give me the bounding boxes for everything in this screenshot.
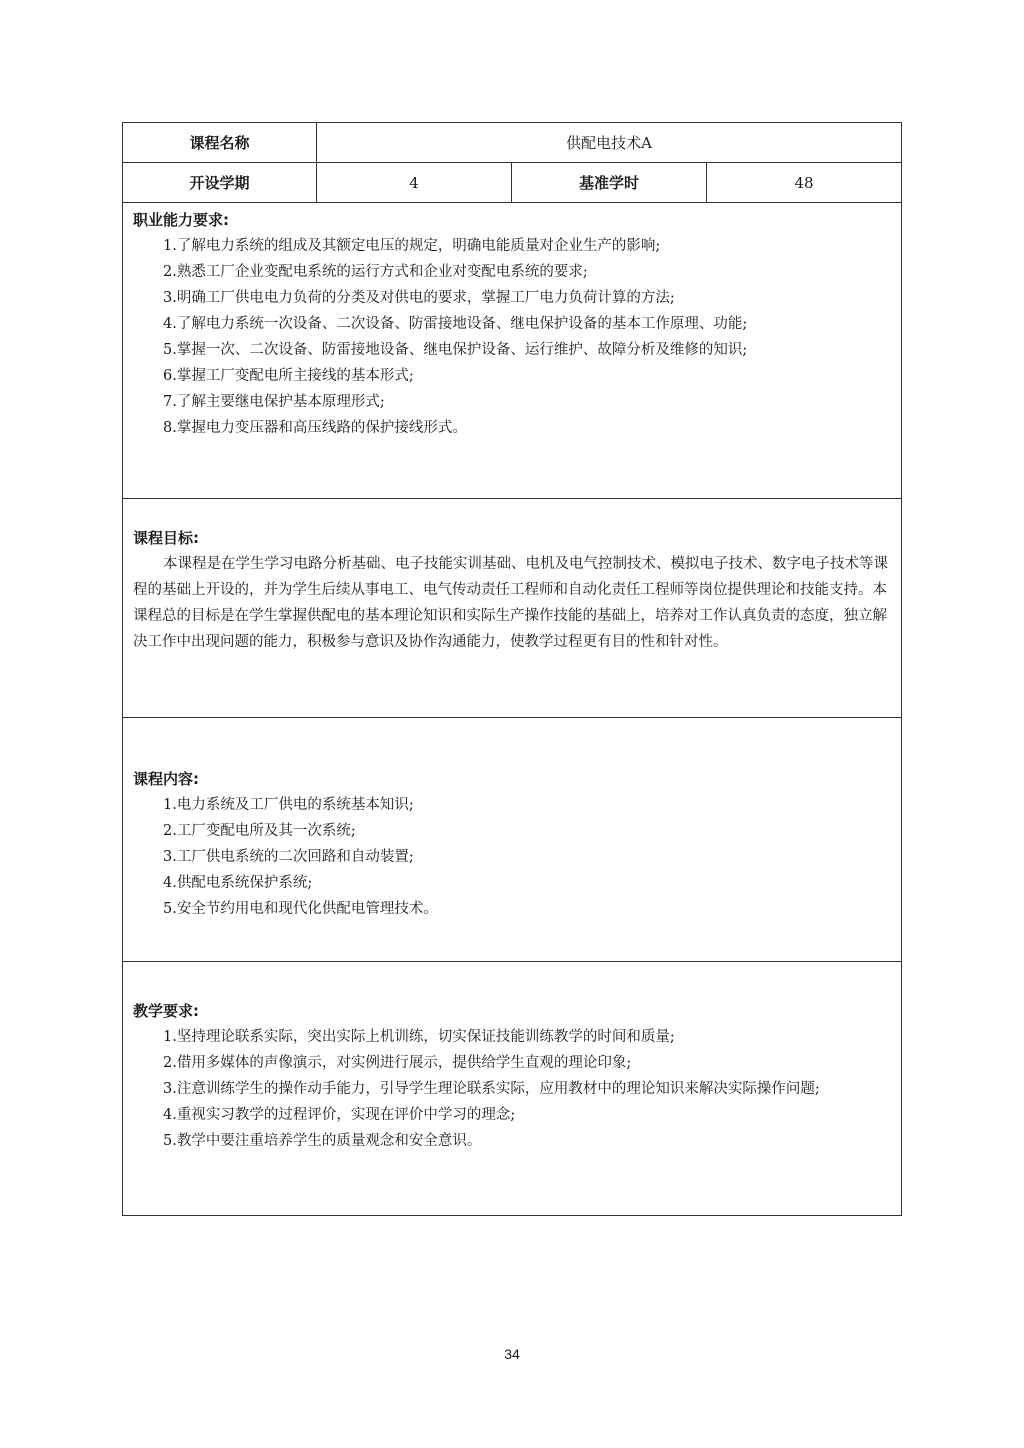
list-item: 4.了解电力系统一次设备、二次设备、防雷接地设备、继电保护设备的基本工作原理、功… xyxy=(133,311,891,337)
list-item: 4.重视实习教学的过程评价，实现在评价中学习的理念; xyxy=(133,1102,891,1128)
competency-section: 职业能力要求: 1.了解电力系统的组成及其额定电压的规定，明确电能质量对企业生产… xyxy=(123,203,901,499)
hours-value: 48 xyxy=(707,163,901,202)
content-section: 课程内容: 1.电力系统及工厂供电的系统基本知识; 2.工厂变配电所及其一次系统… xyxy=(123,718,901,962)
list-item: 4.供配电系统保护系统; xyxy=(133,870,891,896)
list-item: 2.借用多媒体的声像演示，对实例进行展示，提供给学生直观的理论印象; xyxy=(133,1050,891,1076)
course-name-label: 课程名称 xyxy=(123,123,317,162)
list-item: 1.电力系统及工厂供电的系统基本知识; xyxy=(133,792,891,818)
list-item: 1.坚持理论联系实际，突出实际上机训练，切实保证技能训练教学的时间和质量; xyxy=(133,1024,891,1050)
list-item: 3.明确工厂供电电力负荷的分类及对供电的要求，掌握工厂电力负荷计算的方法; xyxy=(133,285,891,311)
course-table: 课程名称 供配电技术A 开设学期 4 基准学时 48 职业能力要求: 1.了解电… xyxy=(122,122,902,1216)
section-title: 课程目标: xyxy=(133,525,891,551)
list-item: 1.了解电力系统的组成及其额定电压的规定，明确电能质量对企业生产的影响; xyxy=(133,233,891,259)
page-number: 34 xyxy=(0,1346,1024,1362)
semester-label: 开设学期 xyxy=(123,163,317,202)
hours-label: 基准学时 xyxy=(512,163,707,202)
semester-row: 开设学期 4 基准学时 48 xyxy=(123,163,901,203)
course-name-row: 课程名称 供配电技术A xyxy=(123,123,901,163)
course-name-value: 供配电技术A xyxy=(317,123,901,162)
list-item: 5.安全节约用电和现代化供配电管理技术。 xyxy=(133,896,891,922)
list-item: 8.掌握电力变压器和高压线路的保护接线形式。 xyxy=(133,415,891,441)
section-title: 教学要求: xyxy=(133,998,891,1024)
list-item: 5.掌握一次、二次设备、防雷接地设备、继电保护设备、运行维护、故障分析及维修的知… xyxy=(133,337,891,363)
semester-value: 4 xyxy=(317,163,512,202)
list-item: 3.注意训练学生的操作动手能力，引导学生理论联系实际，应用教材中的理论知识来解决… xyxy=(133,1076,891,1102)
objectives-paragraph: 本课程是在学生学习电路分析基础、电子技能实训基础、电机及电气控制技术、模拟电子技… xyxy=(133,551,891,655)
list-item: 2.熟悉工厂企业变配电系统的运行方式和企业对变配电系统的要求; xyxy=(133,259,891,285)
objectives-section: 课程目标: 本课程是在学生学习电路分析基础、电子技能实训基础、电机及电气控制技术… xyxy=(123,499,901,718)
teaching-section: 教学要求: 1.坚持理论联系实际，突出实际上机训练，切实保证技能训练教学的时间和… xyxy=(123,962,901,1215)
list-item: 3.工厂供电系统的二次回路和自动装置; xyxy=(133,844,891,870)
list-item: 5.教学中要注重培养学生的质量观念和安全意识。 xyxy=(133,1128,891,1154)
list-item: 2.工厂变配电所及其一次系统; xyxy=(133,818,891,844)
section-title: 课程内容: xyxy=(133,766,891,792)
section-title: 职业能力要求: xyxy=(133,207,891,233)
list-item: 6.掌握工厂变配电所主接线的基本形式; xyxy=(133,363,891,389)
list-item: 7.了解主要继电保护基本原理形式; xyxy=(133,389,891,415)
